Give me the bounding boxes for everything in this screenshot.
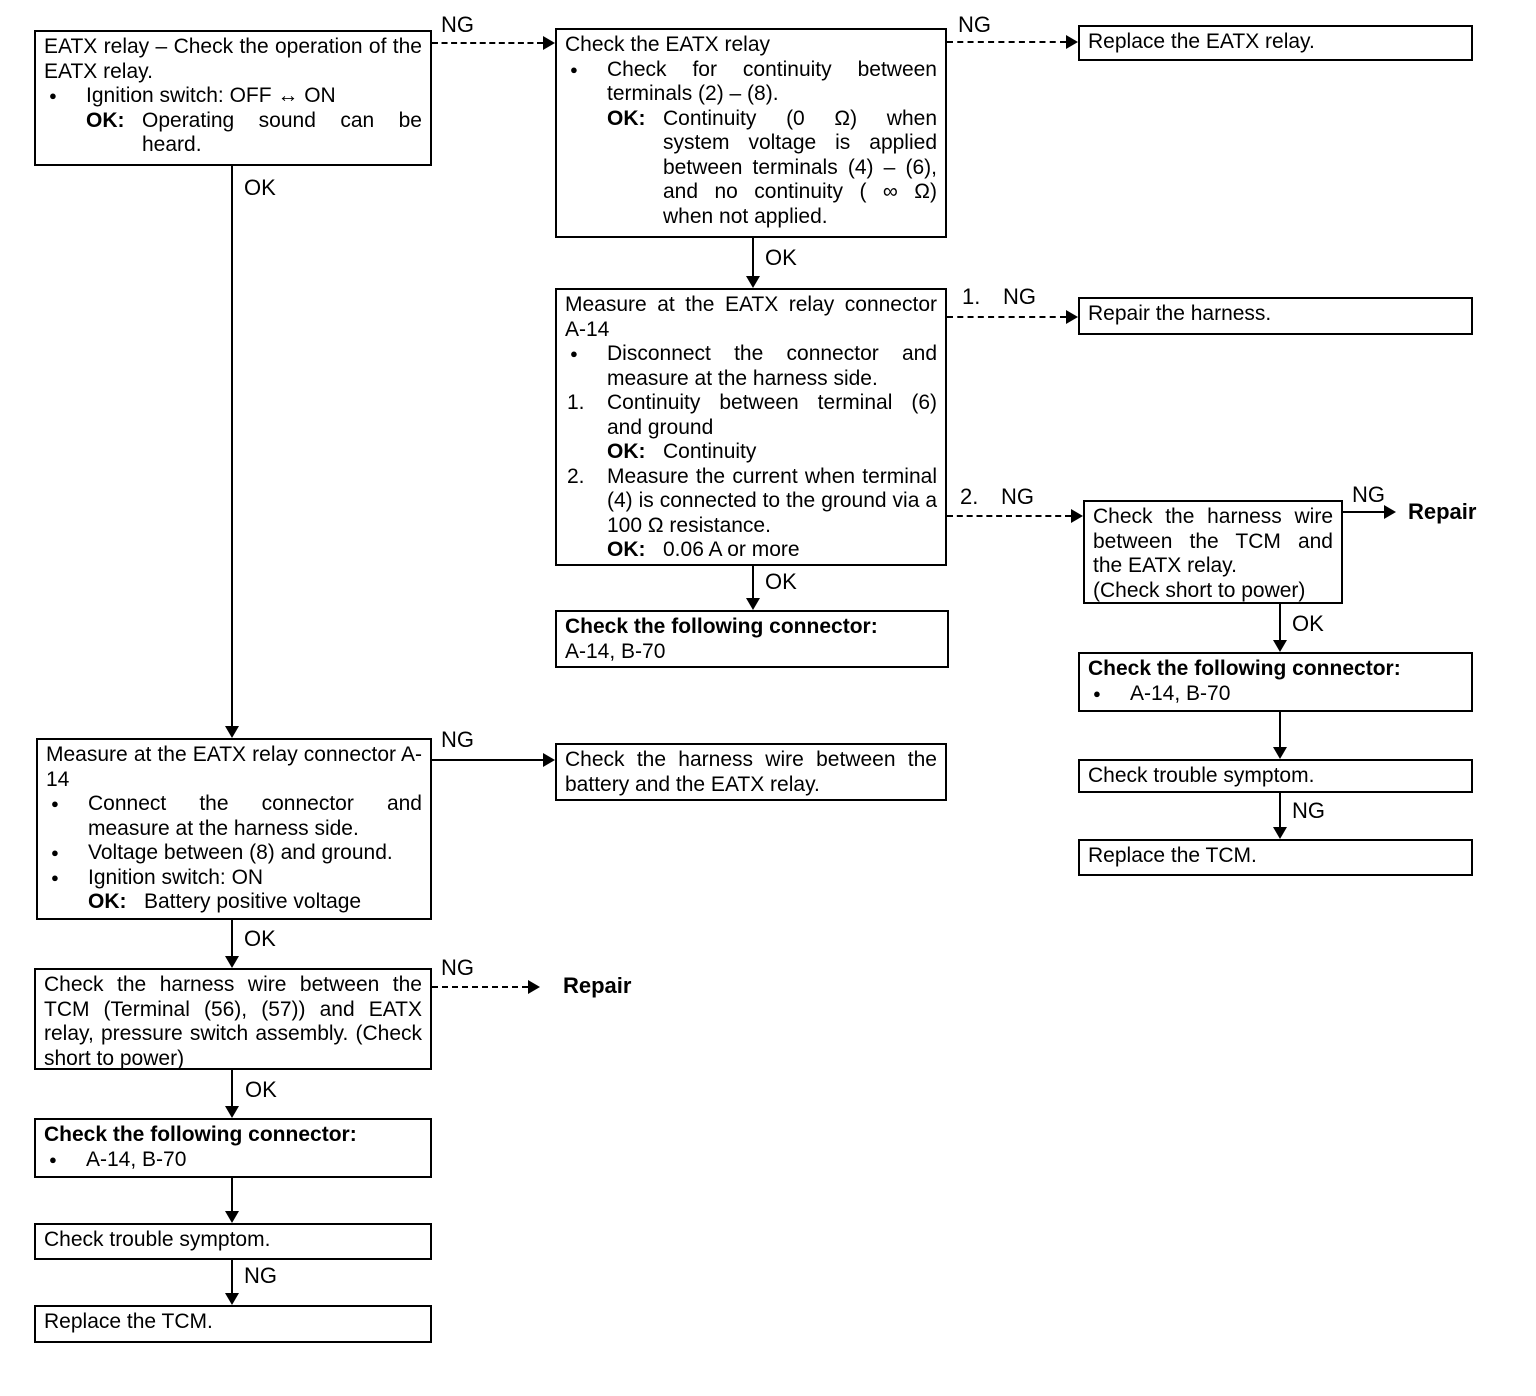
ok-row: OK: Operating sound can be heard.	[86, 109, 422, 158]
bullet-item: ● Ignition switch: OFF ↔ ON OK: Operatin…	[44, 84, 422, 158]
box-connector-right: Check the following connector: ● A-14, B…	[1078, 652, 1473, 712]
bullet-icon: ●	[49, 1148, 57, 1173]
arrowhead-down-icon	[1273, 827, 1287, 839]
connector-line-e-g	[231, 920, 233, 956]
arrowhead-down-icon	[225, 1211, 239, 1223]
bullet-icon: ●	[570, 58, 578, 83]
ok-label: OK	[245, 1077, 277, 1103]
bullet-item: ● Voltage between (8) and ground.	[46, 841, 422, 866]
numbered-item-2: 2. Measure the current when terminal (4)…	[565, 465, 937, 563]
ok-label: OK	[244, 175, 276, 201]
arrowhead-right-icon	[1066, 35, 1078, 49]
item-number: 1.	[567, 391, 585, 416]
connector-line-tcm-wire-repair	[1343, 511, 1384, 513]
ok-label: OK	[765, 569, 797, 595]
ok-marker: OK:	[86, 109, 125, 134]
box-check-battery-wire: Check the harness wire between the batte…	[555, 743, 947, 801]
box-title: Check the following connector:	[565, 615, 939, 640]
item-text: Voltage between (8) and ground.	[88, 841, 422, 866]
ok-marker: OK:	[607, 107, 646, 132]
connector-line-e-battery-wire	[430, 759, 543, 761]
arrowhead-right-icon	[543, 753, 555, 767]
box-text: Repair the harness.	[1088, 302, 1463, 327]
box-measure-connector-disconnected: Measure at the EATX relay connector A-14…	[555, 288, 947, 566]
box-text: Check trouble symptom.	[44, 1228, 422, 1253]
bullet-item: ● A-14, B-70	[44, 1148, 422, 1173]
box-repair-harness: Repair the harness.	[1078, 297, 1473, 335]
ok-text: Continuity (0 Ω) when system voltage is …	[663, 107, 937, 230]
ok-label: OK	[244, 926, 276, 952]
repair-label: Repair	[1408, 499, 1476, 525]
connector-items: A-14, B-70	[565, 640, 939, 665]
connector-items: A-14, B-70	[86, 1148, 422, 1173]
connector-items: A-14, B-70	[1130, 682, 1463, 707]
box-text-2: (Check short to power)	[1093, 579, 1333, 604]
bullet-item: ● Disconnect the connector and measure a…	[565, 342, 937, 391]
ok-text: Battery positive voltage	[144, 890, 422, 915]
connector-line-connector-right-trouble	[1279, 712, 1281, 747]
item-text: Continuity between terminal (6) and grou…	[607, 391, 937, 440]
arrowhead-right-icon	[528, 980, 540, 994]
ng-label: NG	[441, 955, 474, 981]
box-title: Measure at the EATX relay connector A-14	[46, 743, 422, 792]
arrowhead-down-icon	[225, 1293, 239, 1305]
box-title: Check the following connector:	[44, 1123, 422, 1148]
box-check-tcm-terminal-wire: Check the harness wire between the TCM (…	[34, 968, 432, 1070]
box-check-eatx-relay-operation: EATX relay – Check the operation of the …	[34, 30, 432, 166]
branch-2-label: 2.	[960, 484, 978, 510]
connector-line-d-connector-mid	[752, 564, 754, 598]
box-connector-bottom: Check the following connector: ● A-14, B…	[34, 1118, 432, 1178]
box-text: Check trouble symptom.	[1088, 764, 1463, 789]
box-replace-eatx-relay: Replace the EATX relay.	[1078, 25, 1473, 61]
item-text: Ignition switch: OFF ↔ ON	[86, 84, 422, 109]
box-replace-tcm-right: Replace the TCM.	[1078, 839, 1473, 876]
ng-label: NG	[1352, 482, 1385, 508]
box-replace-tcm-bottom: Replace the TCM.	[34, 1305, 432, 1343]
ng-label: NG	[1001, 484, 1034, 510]
ng-label: NG	[958, 12, 991, 38]
bullet-icon: ●	[51, 841, 59, 866]
ok-text: 0.06 A or more	[663, 538, 937, 563]
ok-marker: OK:	[607, 538, 646, 563]
ok-label: OK	[1292, 611, 1324, 637]
ok-marker: OK:	[88, 890, 127, 915]
branch-1-label: 1.	[962, 284, 980, 310]
box-text: Replace the EATX relay.	[1088, 30, 1463, 55]
connector-line-b-d	[752, 238, 754, 276]
box-title: Check the EATX relay	[565, 33, 937, 58]
item-text: Measure the current when terminal (4) is…	[607, 465, 937, 539]
ok-row: OK: Continuity (0 Ω) when system voltage…	[607, 107, 937, 230]
item-text: Connect the connector and measure at the…	[88, 792, 422, 841]
connector-line-trouble-replace-tcm-right	[1279, 793, 1281, 827]
ok-row: OK: Battery positive voltage	[88, 890, 422, 915]
ng-label: NG	[441, 12, 474, 38]
bullet-item: ● Ignition switch: ON OK: Battery positi…	[46, 866, 422, 915]
arrowhead-down-icon	[225, 956, 239, 968]
connector-line-b-replace-relay	[947, 41, 1066, 43]
arrowhead-down-icon	[1273, 640, 1287, 652]
arrowhead-down-icon	[746, 598, 760, 610]
item-text: Ignition switch: ON	[88, 866, 422, 891]
bullet-item: ● A-14, B-70	[1088, 682, 1463, 707]
arrowhead-down-icon	[746, 276, 760, 288]
box-check-trouble-symptom-bottom: Check trouble symptom.	[34, 1223, 432, 1260]
connector-line-a-b	[432, 42, 543, 44]
ok-row: OK: Continuity	[607, 440, 937, 465]
ok-text: Operating sound can be heard.	[142, 109, 422, 158]
box-connector-mid: Check the following connector: A-14, B-7…	[555, 610, 949, 668]
box-text: Replace the TCM.	[44, 1310, 422, 1335]
ok-marker: OK:	[607, 440, 646, 465]
bullet-icon: ●	[1093, 682, 1101, 707]
connector-line-g-repair	[432, 986, 528, 988]
box-text: Replace the TCM.	[1088, 844, 1463, 869]
connector-line-h-i	[231, 1178, 233, 1211]
connector-line-tcm-wire-connector-right	[1279, 604, 1281, 640]
arrowhead-right-icon	[543, 36, 555, 50]
ng-label: NG	[1292, 798, 1325, 824]
box-title: Measure at the EATX relay connector A-14	[565, 293, 937, 342]
ok-label: OK	[765, 245, 797, 271]
arrowhead-right-icon	[1066, 310, 1078, 324]
bullet-icon: ●	[570, 342, 578, 367]
arrowhead-right-icon	[1071, 509, 1083, 523]
arrowhead-down-icon	[1273, 747, 1287, 759]
box-text: Check the harness wire between the TCM (…	[44, 973, 422, 1071]
box-check-trouble-symptom-right: Check trouble symptom.	[1078, 759, 1473, 793]
connector-line-d-repair-harness	[947, 316, 1066, 318]
ng-label: NG	[441, 727, 474, 753]
box-measure-connector-connected: Measure at the EATX relay connector A-14…	[36, 738, 432, 920]
item-text: Check for continuity between terminals (…	[607, 58, 937, 107]
ng-label: NG	[244, 1263, 277, 1289]
bullet-item: ● Check for continuity between terminals…	[565, 58, 937, 230]
arrowhead-right-icon	[1384, 505, 1396, 519]
connector-line-a-e	[231, 166, 233, 726]
arrowhead-down-icon	[225, 726, 239, 738]
flowchart: EATX relay – Check the operation of the …	[0, 0, 1536, 1396]
repair-label: Repair	[563, 973, 631, 999]
connector-line-g-h	[231, 1070, 233, 1106]
box-check-eatx-relay: Check the EATX relay ● Check for continu…	[555, 28, 947, 238]
arrowhead-down-icon	[225, 1106, 239, 1118]
box-title: EATX relay – Check the operation of the …	[44, 35, 422, 84]
ok-text: Continuity	[663, 440, 937, 465]
ok-row: OK: 0.06 A or more	[607, 538, 937, 563]
box-title: Check the following connector:	[1088, 657, 1463, 682]
connector-line-i-j	[231, 1260, 233, 1293]
bullet-icon: ●	[49, 84, 57, 109]
connector-line-d-tcm-wire	[947, 515, 1071, 517]
bullet-icon: ●	[51, 866, 59, 891]
box-check-tcm-relay-wire: Check the harness wire between the TCM a…	[1083, 500, 1343, 604]
box-text: Check the harness wire between the batte…	[565, 748, 937, 797]
bullet-icon: ●	[51, 792, 59, 817]
item-text: Disconnect the connector and measure at …	[607, 342, 937, 391]
ng-label: NG	[1003, 284, 1036, 310]
box-text: Check the harness wire between the TCM a…	[1093, 505, 1333, 579]
bullet-item: ● Connect the connector and measure at t…	[46, 792, 422, 841]
item-number: 2.	[567, 465, 585, 490]
numbered-item-1: 1. Continuity between terminal (6) and g…	[565, 391, 937, 465]
